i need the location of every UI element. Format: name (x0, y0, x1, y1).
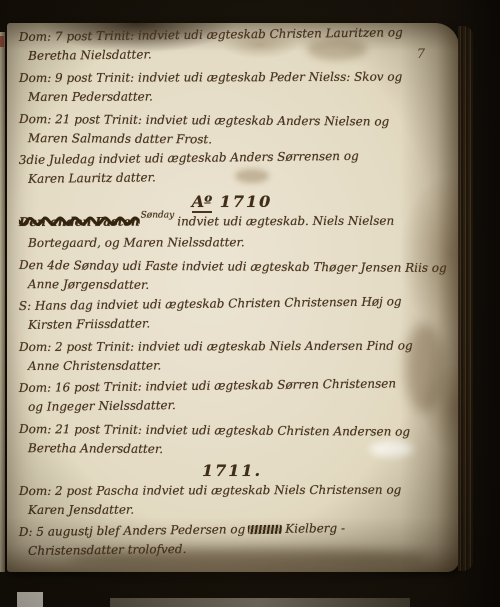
year-value: 1710 (220, 192, 273, 211)
entry-line: og Ingeger Nielssdatter. (28, 393, 445, 417)
record-entry: Dom: 21 post Trinit: indviet udi ægteska… (19, 420, 445, 461)
entry-line: Den anden FastenSøndayindviet udi ægtesk… (19, 212, 445, 234)
record-entry: Dom: 16 post Trinit: indviet udi ægteska… (19, 374, 445, 417)
record-entry: S: Hans dag indviet udi ægteskab Christe… (19, 292, 445, 335)
entry-line: Beretha Nielsdatter. (28, 42, 445, 66)
record-entry: Dom: 21 post Trinit: indviet udi ægteska… (19, 110, 445, 151)
entry-line: Bortegaard, og Maren Nielssdatter. (28, 233, 445, 253)
entry-text: D: 5 augustj blef Anders Pedersen og (19, 522, 246, 539)
entry-line: Christensdatter trolofved. (28, 537, 445, 561)
record-entry: Den anden FastenSøndayindviet udi ægtesk… (19, 212, 445, 253)
record-entry: D: 5 augustj blef Anders Pedersen ogKiel… (19, 518, 445, 561)
record-entry: Dom: 2 post Trinit: indviet udi ægteskab… (19, 337, 445, 376)
interlinear-insert: Sønday (141, 210, 175, 220)
entry-text: indviet udi ægteskab. Niels Nielsen (177, 214, 394, 229)
red-edge-mark (0, 36, 4, 47)
entry-line: Karen Jensdatter. (28, 500, 445, 520)
struck-text: Den anden Fasten (19, 215, 140, 229)
entry-line: Kirsten Friissdatter. (28, 311, 445, 335)
manuscript-page: 7 Dom: 7 post Trinit: indviet udi ægtesk… (7, 23, 459, 572)
facing-page-edge (0, 32, 5, 572)
record-entry: Dom: 9 post Trinit: indviet udi ægteskab… (19, 68, 445, 107)
anno-abbreviation: Aº (192, 192, 212, 213)
book-fore-edge (458, 26, 473, 571)
record-entry: Den 4de Sønday udi Faste indviet udi ægt… (19, 256, 445, 297)
entry-line: Dom: 9 post Trinit: indviet udi ægteskab… (19, 68, 445, 88)
entry-line: Anne Christensdatter. (28, 356, 445, 376)
entry-line: Beretha Andersdatter. (28, 439, 445, 461)
record-entry: Dom: 7 post Trinit: indviet udi ægteskab… (19, 23, 445, 66)
record-entry: 3die Juledag indviet udi ægteskab Anders… (19, 146, 445, 189)
manuscript-photo: 7 Dom: 7 post Trinit: indviet udi ægtesk… (0, 0, 500, 607)
entry-line: Dom: 2 post Trinit: indviet udi ægteskab… (19, 337, 445, 357)
record-entry: Dom: 2 post Pascha indviet udi ægteskab … (19, 481, 445, 520)
year-heading-1710: Aº 1710 (19, 192, 445, 211)
entry-text: Kielberg - (285, 521, 345, 536)
scribbled-word (248, 525, 282, 534)
table-surface-band (110, 598, 410, 607)
table-surface-notch (17, 592, 43, 607)
entry-line: Dom: 2 post Pascha indviet udi ægteskab … (19, 481, 445, 501)
year-heading-1711: 1711. (19, 461, 445, 480)
register-entries: Dom: 7 post Trinit: indviet udi ægteskab… (19, 28, 445, 564)
entry-line: Karen Lauritz datter. (28, 165, 445, 189)
entry-line: Maren Pedersdatter. (28, 87, 445, 107)
